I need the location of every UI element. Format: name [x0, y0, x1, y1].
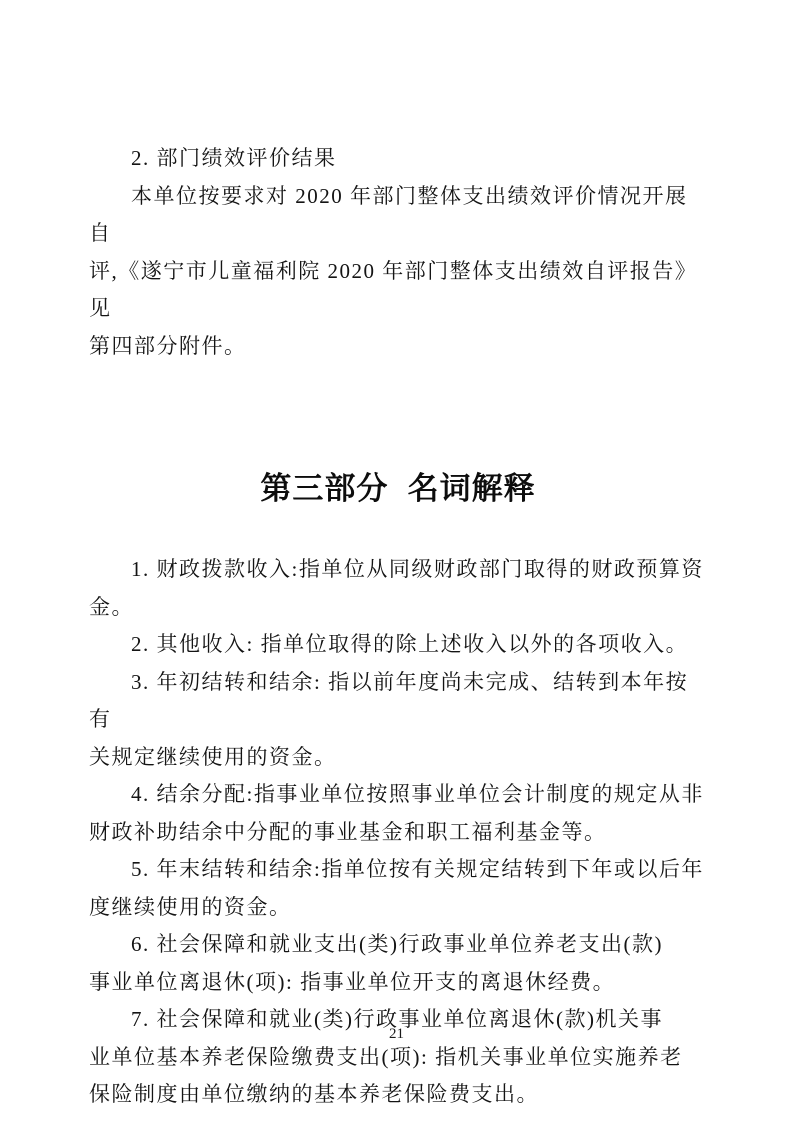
definition-item-2: 2. 其他收入: 指单位取得的除上述收入以外的各项收入。	[89, 626, 707, 664]
document-page: 2. 部门绩效评价结果 本单位按要求对 2020 年部门整体支出绩效评价情况开展…	[0, 0, 793, 1122]
subsection-heading: 2. 部门绩效评价结果	[89, 140, 707, 178]
definition-item-1: 1. 财政拨款收入:指单位从同级财政部门取得的财政预算资 金。	[89, 551, 707, 626]
page-number: 21	[0, 1024, 793, 1044]
definition-item-5: 5. 年末结转和结余:指单位按有关规定结转到下年或以后年 度继续使用的资金。	[89, 851, 707, 926]
subsection-paragraph: 本单位按要求对 2020 年部门整体支出绩效评价情况开展自 评,《遂宁市儿童福利…	[89, 178, 707, 366]
section-title: 第三部分 名词解释	[89, 467, 707, 511]
definition-item-6: 6. 社会保障和就业支出(类)行政事业单位养老支出(款) 事业单位离退休(项):…	[89, 926, 707, 1001]
page-content: 2. 部门绩效评价结果 本单位按要求对 2020 年部门整体支出绩效评价情况开展…	[89, 140, 707, 1114]
definition-item-4: 4. 结余分配:指事业单位按照事业单位会计制度的规定从非 财政补助结余中分配的事…	[89, 776, 707, 851]
definition-item-3: 3. 年初结转和结余: 指以前年度尚未完成、结转到本年按有 关规定继续使用的资金…	[89, 664, 707, 777]
definition-item-7: 7. 社会保障和就业(类)行政事业单位离退休(款)机关事 业单位基本养老保险缴费…	[89, 1001, 707, 1114]
